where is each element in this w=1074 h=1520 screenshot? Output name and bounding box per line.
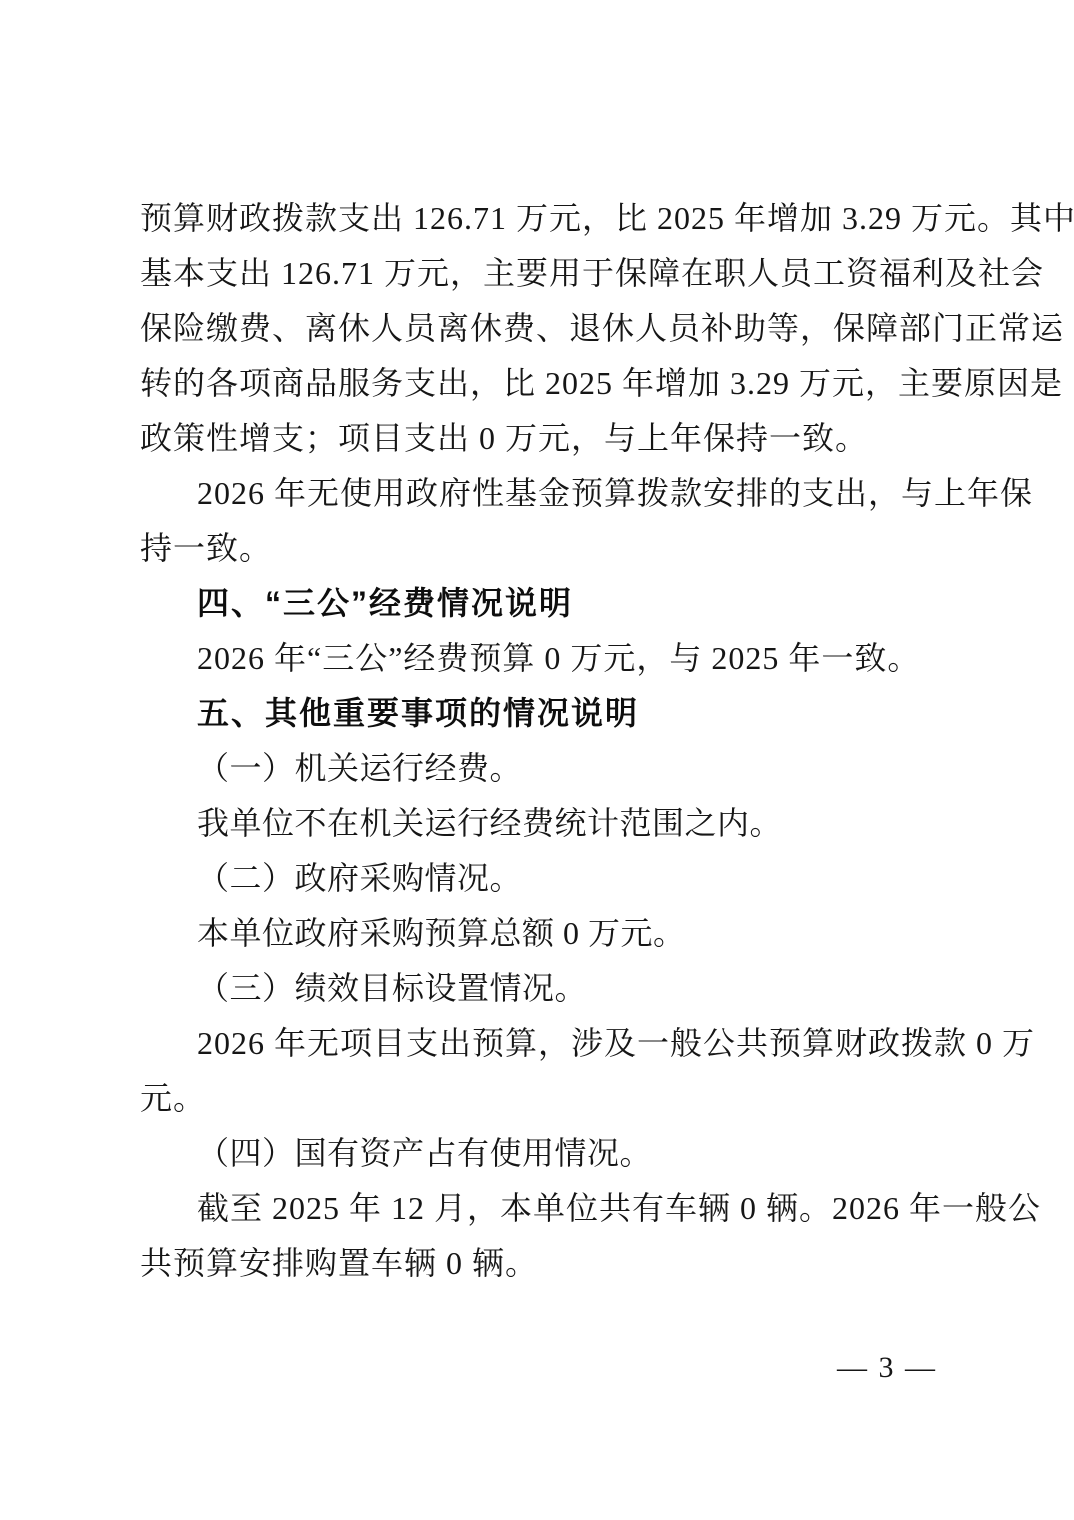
paragraph-budget-expenditure-line-5: 政策性增支；项目支出 0 万元，与上年保持一致。 (140, 411, 936, 466)
document-page: 预算财政拨款支出 126.71 万元，比 2025 年增加 3.29 万元。其中… (0, 0, 1074, 1520)
subitem-heading-1-operating-funds: （一）机关运行经费。 (140, 741, 936, 796)
paragraph-gov-fund-line-2: 持一致。 (140, 521, 936, 576)
paragraph-budget-expenditure-line-3: 保险缴费、离休人员离休费、退休人员补助等，保障部门正常运 (140, 301, 936, 356)
paragraph-vehicles-line-1: 截至 2025 年 12 月，本单位共有车辆 0 辆。2026 年一般公 (140, 1181, 936, 1236)
paragraph-performance-goals-line-1: 2026 年无项目支出预算，涉及一般公共预算财政拨款 0 万 (140, 1016, 936, 1071)
document-body: 预算财政拨款支出 126.71 万元，比 2025 年增加 3.29 万元。其中… (140, 191, 936, 1291)
paragraph-budget-expenditure-line-4: 转的各项商品服务支出，比 2025 年增加 3.29 万元，主要原因是 (140, 356, 936, 411)
subitem-heading-2-procurement: （二）政府采购情况。 (140, 851, 936, 906)
paragraph-vehicles-line-2: 共预算安排购置车辆 0 辆。 (140, 1236, 936, 1291)
section-heading-four-sangong: 四、“三公”经费情况说明 (140, 576, 936, 631)
paragraph-operating-funds-answer: 我单位不在机关运行经费统计范围之内。 (140, 796, 936, 851)
subitem-heading-4-state-assets: （四）国有资产占有使用情况。 (140, 1126, 936, 1181)
paragraph-budget-expenditure-line-2: 基本支出 126.71 万元，主要用于保障在职人员工资福利及社会 (140, 246, 936, 301)
paragraph-performance-goals-line-2: 元。 (140, 1071, 936, 1126)
section-heading-five-other: 五、其他重要事项的情况说明 (140, 686, 936, 741)
paragraph-budget-expenditure-line-1: 预算财政拨款支出 126.71 万元，比 2025 年增加 3.29 万元。其中… (140, 191, 936, 246)
paragraph-sangong-budget: 2026 年“三公”经费预算 0 万元，与 2025 年一致。 (140, 631, 936, 686)
paragraph-gov-fund-line-1: 2026 年无使用政府性基金预算拨款安排的支出，与上年保 (140, 466, 936, 521)
subitem-heading-3-performance-goals: （三）绩效目标设置情况。 (140, 961, 936, 1016)
page-number: — 3 — (837, 1350, 937, 1386)
paragraph-procurement-answer: 本单位政府采购预算总额 0 万元。 (140, 906, 936, 961)
